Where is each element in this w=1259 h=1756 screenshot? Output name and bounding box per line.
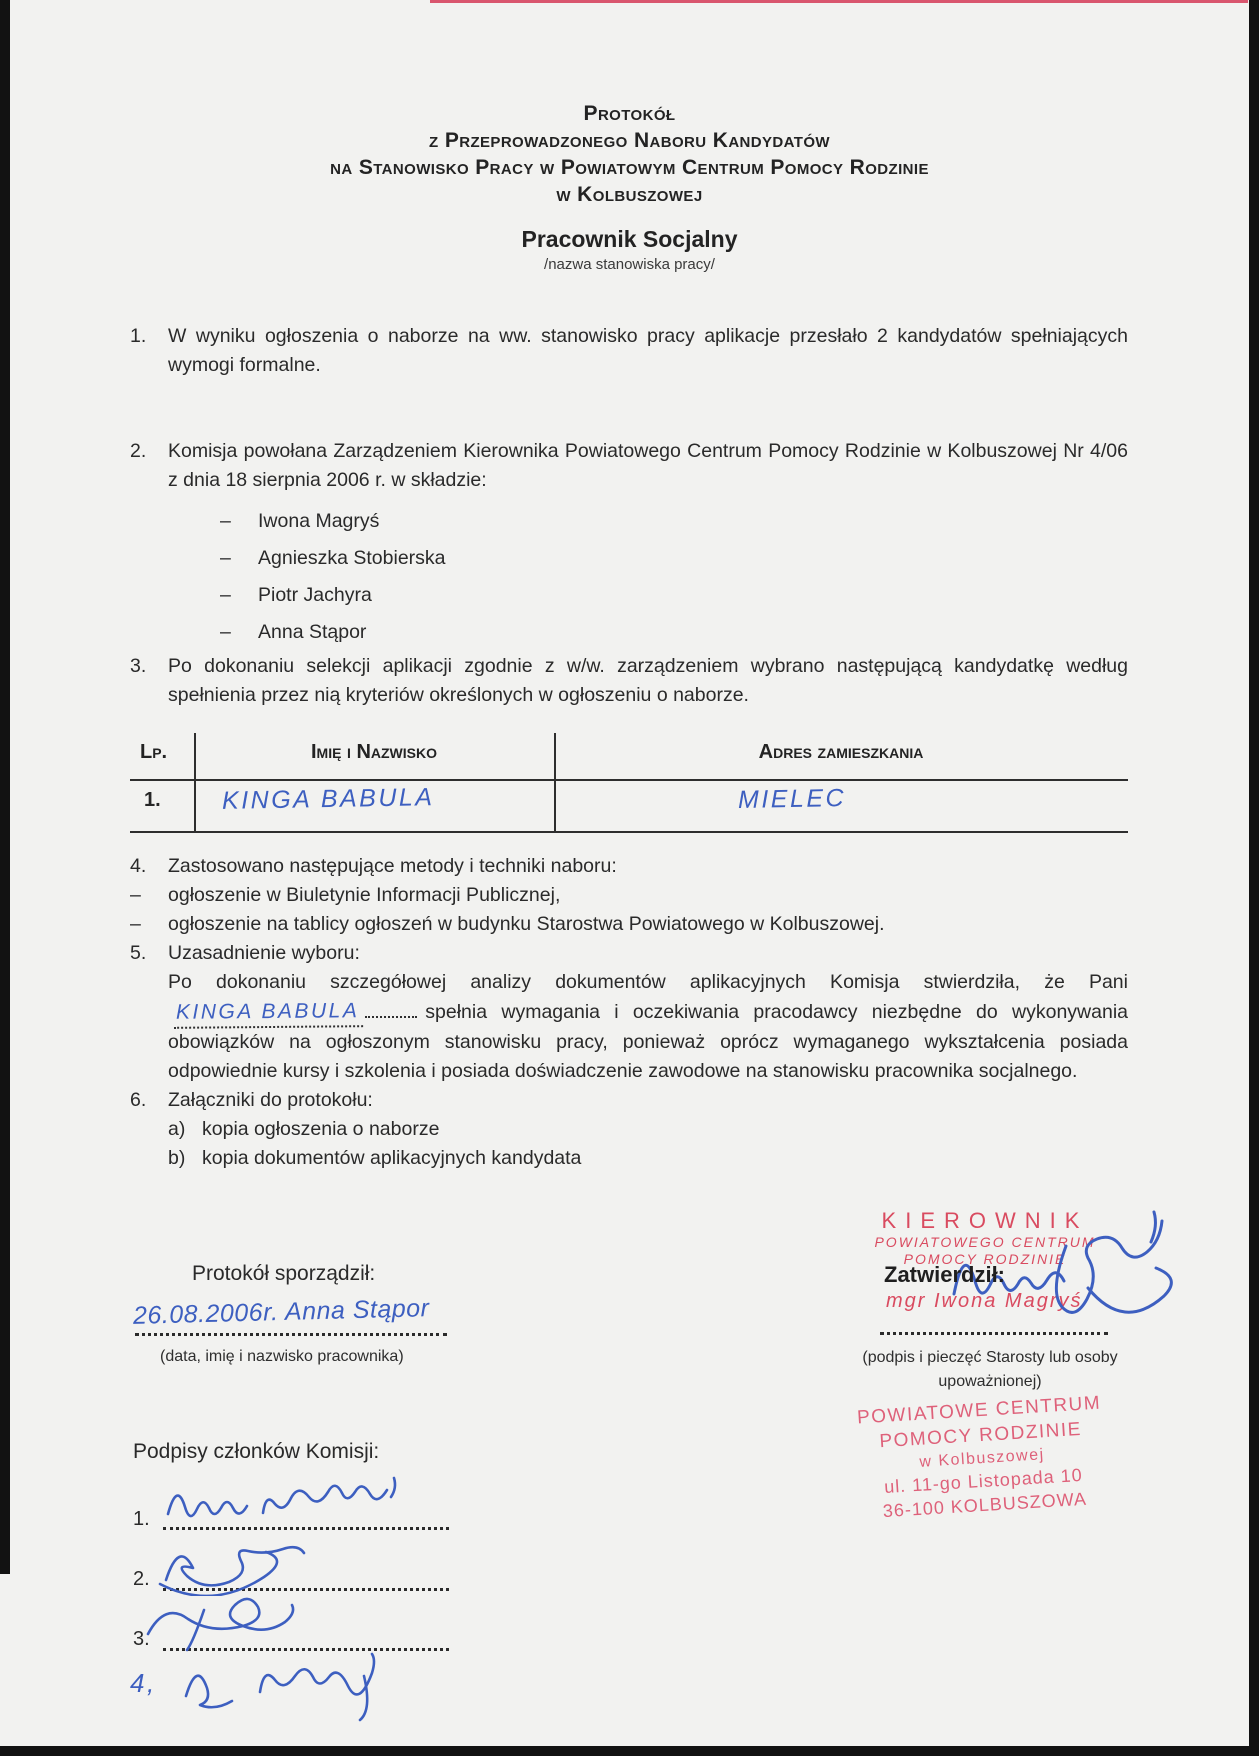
document-title-block: Protokół z Przeprowadzonego Naboru Kandy…	[0, 100, 1259, 208]
item-4-bullet-2: ogłoszenie na tablicy ogłoszeń w budynku…	[168, 910, 1128, 939]
signature-number-2: 2.	[133, 1568, 150, 1591]
dash-bullet: –	[130, 881, 168, 910]
item-6b-text: kopia dokumentów aplikacyjnych kandydata	[202, 1144, 581, 1173]
table-row-address-handwritten: MIELEC	[738, 784, 847, 815]
prepared-by-handwritten: 26.08.2006r. Anna Stąpor	[133, 1294, 430, 1331]
table-header-rule	[130, 779, 1128, 781]
item-6b-label: b)	[168, 1144, 202, 1173]
table-header-name: Imię i Nazwisko	[194, 741, 554, 764]
signature-a-stobierska	[150, 1530, 410, 1596]
dash-bullet: –	[220, 540, 234, 577]
position-title: Pracownik Socjalny	[0, 226, 1259, 253]
title-line-2: z Przeprowadzonego Naboru Kandydatów	[0, 127, 1259, 154]
committee-members-list: – Iwona Magryś – Agnieszka Stobierska – …	[220, 503, 1128, 651]
item-5-paragraph: Po dokonaniu szczegółowej analizy dokume…	[168, 968, 1128, 1086]
position-note: /nazwa stanowiska pracy/	[0, 256, 1259, 273]
item-4-bullet-1: ogłoszenie w Biuletynie Informacji Publi…	[168, 881, 1128, 910]
candidates-table: Lp. Imię i Nazwisko Adres zamieszkania 1…	[130, 733, 1128, 833]
item-1-text: W wyniku ogłoszenia o naborze na ww. sta…	[168, 322, 1128, 380]
item-4-text: Zastosowano następujące metody i technik…	[168, 852, 1128, 881]
item-3-number: 3.	[130, 652, 168, 710]
item-6a-text: kopia ogłoszenia o naborze	[202, 1115, 439, 1144]
item-2: 2. Komisja powołana Zarządzeniem Kierown…	[130, 437, 1128, 651]
prepared-caption: (data, imię i nazwisko pracownika)	[160, 1348, 404, 1366]
member-name: Piotr Jachyra	[258, 577, 372, 614]
member-name: Agnieszka Stobierska	[258, 540, 446, 577]
dotted-filler	[365, 1002, 417, 1018]
item-5-title: Uzasadnienie wyboru:	[168, 939, 1128, 968]
item-6-text: Załączniki do protokołu:	[168, 1086, 1128, 1115]
approved-label: Zatwierdził:	[884, 1262, 1005, 1288]
table-header-lp: Lp.	[140, 741, 167, 764]
scanned-document-page: Protokół z Przeprowadzonego Naboru Kandy…	[0, 0, 1259, 1756]
member-name: Iwona Magryś	[258, 503, 379, 540]
item-2-number: 2.	[130, 437, 168, 495]
approval-caption-line1: (podpis i pieczęć Starosty lub osoby	[770, 1346, 1210, 1370]
scan-edge-top	[430, 0, 1248, 3]
list-item: – Anna Stąpor	[220, 614, 1128, 651]
signature-number-1: 1.	[133, 1508, 150, 1531]
dash-bullet: –	[220, 614, 234, 651]
approval-caption: (podpis i pieczęć Starosty lub osoby upo…	[770, 1346, 1210, 1394]
title-line-4: w Kolbuszowej	[0, 181, 1259, 208]
item-2-text: Komisja powołana Zarządzeniem Kierownika…	[168, 437, 1128, 495]
item-4-number: 4.	[130, 852, 168, 881]
item-1: 1. W wyniku ogłoszenia o naborze na ww. …	[130, 322, 1128, 380]
item-5-number: 5.	[130, 939, 168, 968]
dash-bullet: –	[220, 577, 234, 614]
table-bottom-rule	[130, 831, 1128, 833]
item-3-text: Po dokonaniu selekcji aplikacji zgodnie …	[168, 652, 1128, 710]
table-row-name-handwritten: KINGA BABULA	[222, 783, 435, 816]
title-line-3: na Stanowisko Pracy w Powiatowym Centrum…	[0, 154, 1259, 181]
list-item: – Iwona Magryś	[220, 503, 1128, 540]
member-name: Anna Stąpor	[258, 614, 366, 651]
item-1-number: 1.	[130, 322, 168, 380]
items-4-5-6: 4. Zastosowano następujące metody i tech…	[130, 852, 1128, 1173]
title-line-1: Protokół	[0, 100, 1259, 127]
candidate-name-handwritten: KINGA BABULA	[174, 996, 364, 1029]
scan-edge-bottom	[0, 1746, 1259, 1756]
address-stamp: POWIATOWE CENTRUM POMOCY RODZINIE w Kolb…	[809, 1388, 1156, 1528]
list-item: – Agnieszka Stobierska	[220, 540, 1128, 577]
item-6-number: 6.	[130, 1086, 168, 1115]
list-item: – Piotr Jachyra	[220, 577, 1128, 614]
dash-bullet: –	[220, 503, 234, 540]
prepared-by-label: Protokół sporządził:	[192, 1262, 375, 1286]
dash-bullet: –	[130, 910, 168, 939]
signature-number-4-handwritten: 4,	[130, 1668, 157, 1699]
prepared-dotted-line	[135, 1331, 447, 1336]
committee-signatures-label: Podpisy członków Komisji:	[133, 1440, 379, 1464]
item-3: 3. Po dokonaniu selekcji aplikacji zgodn…	[130, 652, 1128, 710]
item-5-text-prefix: Po dokonaniu szczegółowej analizy dokume…	[168, 971, 1128, 993]
signature-iwona-magrys	[158, 1468, 448, 1530]
table-header-address: Adres zamieszkania	[554, 741, 1128, 764]
signature-anna-stapor	[168, 1640, 448, 1724]
item-6a-label: a)	[168, 1115, 202, 1144]
table-row-lp: 1.	[144, 789, 161, 812]
